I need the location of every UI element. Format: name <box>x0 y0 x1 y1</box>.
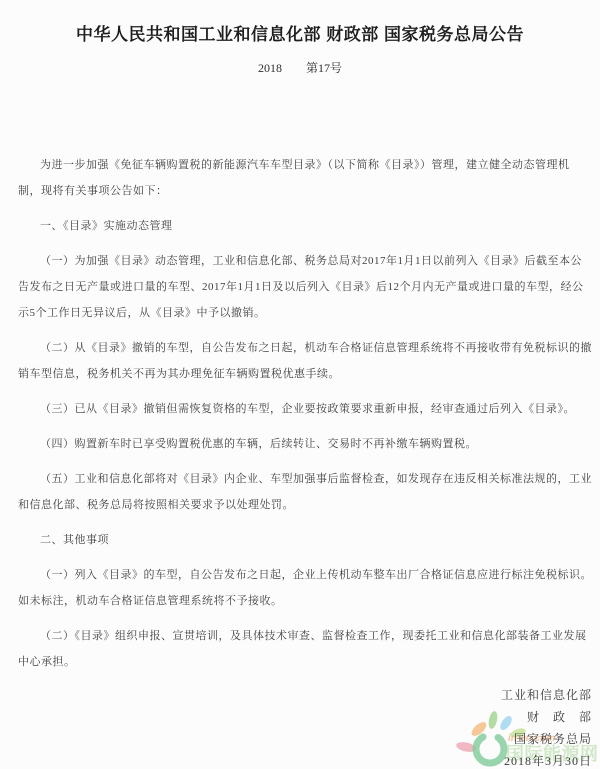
signature-agency-2: 财 政 部 <box>0 706 592 728</box>
section-2-item-1: （一）列入《目录》的车型，自公告发布之日起，企业上传机动车整车出厂合格证信息应进… <box>18 562 592 614</box>
intro-paragraph: 为进一步加强《免征车辆购置税的新能源汽车车型目录》（以下简称《目录》）管理，建立… <box>18 152 592 204</box>
section-1-item-4: （四）购置新车时已享受购置税优惠的车辆，后续转让、交易时不再补缴车辆购置税。 <box>18 431 592 457</box>
section-1-item-5: （五）工业和信息化部将对《目录》内企业、车型加强事后监督检查，如发现存在违反相关… <box>18 466 592 518</box>
section-1-heading: 一、《目录》实施动态管理 <box>18 213 592 239</box>
section-1-item-3: （三）已从《目录》撤销但需恢复资格的车型，企业要按政策要求重新申报，经审查通过后… <box>18 396 592 422</box>
signature-date: 2018年3月30日 <box>0 750 592 769</box>
signature-block: 工业和信息化部 财 政 部 国家税务总局 2018年3月30日 <box>0 684 600 769</box>
section-2-heading: 二、其他事项 <box>18 527 592 553</box>
document-body: 为进一步加强《免征车辆购置税的新能源汽车车型目录》（以下简称《目录》）管理，建立… <box>0 152 600 675</box>
signature-agency-3: 国家税务总局 <box>0 728 592 750</box>
page-title: 中华人民共和国工业和信息化部 财政部 国家税务总局公告 <box>0 0 600 46</box>
section-2-item-2: （二）《目录》组织申报、宣贯培训，及具体技术审查、监督检查工作，现委托工业和信息… <box>18 623 592 675</box>
signature-agency-1: 工业和信息化部 <box>0 684 592 706</box>
section-1-item-1: （一）为加强《目录》动态管理，工业和信息化部、税务总局对2017年1月1日以前列… <box>18 248 592 326</box>
section-1-item-2: （二）从《目录》撤销的车型，自公告发布之日起，机动车合格证信息管理系统将不再接收… <box>18 335 592 387</box>
announcement-document: 中华人民共和国工业和信息化部 财政部 国家税务总局公告 2018 第17号 为进… <box>0 0 600 769</box>
doc-number: 2018 第17号 <box>0 60 600 76</box>
